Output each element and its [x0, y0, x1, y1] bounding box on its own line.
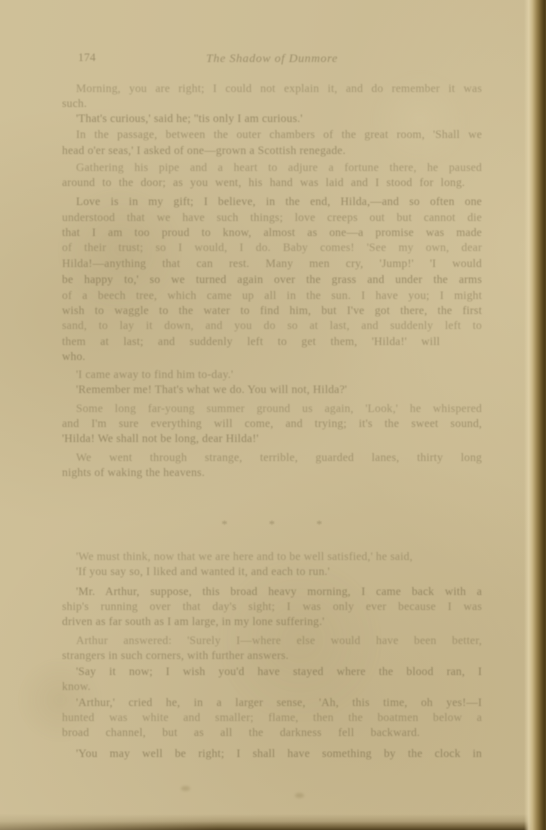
text-line: 'That's curious,' said he; ''tis only I …	[76, 113, 303, 126]
text-line: Some long far-young summer ground us aga…	[76, 403, 482, 416]
text-line: Morning, you are right; I could not expl…	[76, 83, 482, 96]
text-line: that I am too proud to know, almost as o…	[62, 227, 482, 240]
text-line: Hilda!—anything that can rest. Many men …	[62, 258, 482, 271]
text-line: 'Remember me! That's what we do. You wil…	[76, 384, 347, 397]
text-line: around to the door; as you went, his han…	[62, 177, 465, 190]
text-line: 'I came away to find him to-day.'	[76, 369, 233, 382]
text-line: strangers in such corners, with further …	[62, 650, 289, 663]
scanned-book-page: 174 The Shadow of Dunmore Morning, you a…	[0, 0, 546, 830]
text-line: 'Arthur,' cried he, in a larger sense, '…	[76, 697, 482, 710]
running-title: The Shadow of Dunmore	[62, 51, 482, 66]
text-line: sand, to lay it down, and you do so at l…	[62, 320, 482, 333]
text-line: who.	[62, 351, 85, 364]
text-line: such.	[62, 98, 87, 111]
text-line: broad channel, but as all the darkness f…	[62, 727, 420, 740]
text-line: of a beech tree, which came up all in th…	[62, 290, 482, 303]
asterisk-section-break: * * *	[62, 517, 482, 532]
stain-mark	[295, 793, 304, 798]
text-line: We went through strange, terrible, guard…	[76, 452, 482, 465]
text-line: 'We must think, now that we are here and…	[76, 551, 413, 564]
text-line: Love is in my gift; I believe, in the en…	[76, 196, 482, 209]
text-line: 'Say it now; I wish you'd have stayed wh…	[76, 666, 482, 679]
text-line: nights of waking the heavens.	[62, 467, 205, 480]
text-line: of their trust; so I would, I do. Baby c…	[62, 242, 482, 255]
text-line: wish to waggle to the water to find him,…	[62, 305, 482, 318]
text-line: Gathering his pipe and a heart to adjure…	[76, 162, 482, 175]
text-line: head o'er seas,' I asked of one—grown a …	[62, 145, 346, 158]
text-line: 'If you say so, I liked and wanted it, a…	[76, 566, 330, 579]
text-line: them at last; and suddenly left to get t…	[62, 336, 440, 349]
text-line: understood that we have such things; lov…	[62, 212, 482, 225]
text-line: be happy to,' so we turned again over th…	[62, 274, 482, 287]
text-line: ship's running over that day's sight; I …	[62, 601, 482, 614]
text-line: and I'm sure everything will come, and t…	[62, 418, 482, 431]
book-fore-edge	[524, 0, 546, 830]
text-line: 'You may well be right; I shall have som…	[76, 748, 482, 761]
text-line: Arthur answered: 'Surely I—where else wo…	[76, 635, 482, 648]
text-line: In the passage, between the outer chambe…	[76, 129, 482, 142]
text-line: hunted was white and smaller; flame, the…	[62, 712, 482, 725]
stain-mark	[181, 786, 190, 791]
page-bottom-edge-fade	[0, 814, 218, 830]
text-line: 'Hilda! We shall not be long, dear Hilda…	[62, 433, 259, 446]
text-line: driven as far south as I am large, in my…	[62, 616, 324, 629]
text-line: 'Mr. Arthur, suppose, this broad heavy m…	[76, 586, 482, 599]
text-line: know.	[62, 681, 91, 694]
